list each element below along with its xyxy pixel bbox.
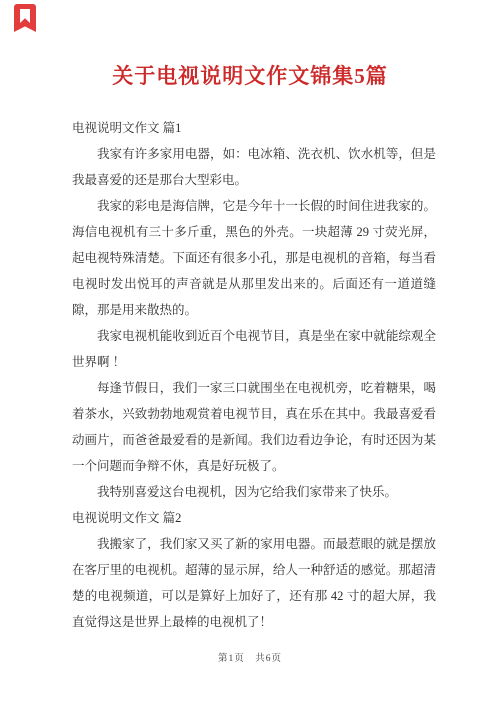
text-line: 世界啊 ！: [72, 349, 436, 375]
text-line: 在客厅里的电视机。超薄的显示屏，给人一种舒适的感觉。那超清: [72, 557, 436, 583]
text-line: 我搬家了，我们家又买了新的家用电器。而最惹眼的就是摆放: [72, 531, 436, 557]
bookmark-ribbon-icon: [20, 9, 30, 23]
text-line: 我家有许多家用电器，如：电冰箱、洗衣机、饮水机等，但是: [72, 141, 436, 167]
text-line: 电视时发出悦耳的声音就是从那里发出来的。后面还有一道道缝: [72, 271, 436, 297]
text-line: 我特别喜爱这台电视机，因为它给我们家带来了快乐。: [72, 479, 436, 505]
text-line: 每逢节假日，我们一家三口就围坐在电视机旁，吃着糖果，喝: [72, 375, 436, 401]
text-line: 我最喜爱的还是那台大型彩电。: [72, 167, 436, 193]
text-line: 直觉得这是世界上最棒的电视机了！: [72, 609, 436, 635]
text-line: 起电视特殊清楚。下面还有很多小孔，那是电视机的音箱，每当看: [72, 245, 436, 271]
text-line: 动画片，而爸爸最爱看的是新闻。我们边看边争论，有时还因为某: [72, 427, 436, 453]
text-line: 我家的彩电是海信牌，它是今年十一长假的时间住进我家的。: [72, 193, 436, 219]
page-number-footer: 第1页 共6页: [0, 650, 500, 668]
section-heading: 电视说明文作文 篇1: [72, 115, 436, 141]
text-line: 着茶水，兴致勃勃地观赏着电视节目，真在乐在其中。我最喜爱看: [72, 401, 436, 427]
section-heading: 电视说明文作文 篇2: [72, 505, 436, 531]
document-body: 电视说明文作文 篇1 我家有许多家用电器，如：电冰箱、洗衣机、饮水机等，但是 我…: [72, 115, 436, 635]
text-line: 我家电视机能收到近百个电视节目，真是坐在家中就能综观全: [72, 323, 436, 349]
document-title: 关于电视说明文作文锦集5篇: [0, 60, 500, 92]
document-page: 关于电视说明文作文锦集5篇 电视说明文作文 篇1 我家有许多家用电器，如：电冰箱…: [0, 0, 500, 707]
bookmark-icon: [14, 4, 36, 32]
text-line: 楚的电视频道，可以是算好上加好了，还有那 42 寸的超大屏，我简: [72, 583, 436, 609]
text-line: 一个问题而争辩不休，真是好玩极了。: [72, 453, 436, 479]
text-line: 海信电视机有三十多斤重，黑色的外壳。一块超薄 29 寸荧光屏，看: [72, 219, 436, 245]
text-line: 隙，那是用来散热的。: [72, 297, 436, 323]
